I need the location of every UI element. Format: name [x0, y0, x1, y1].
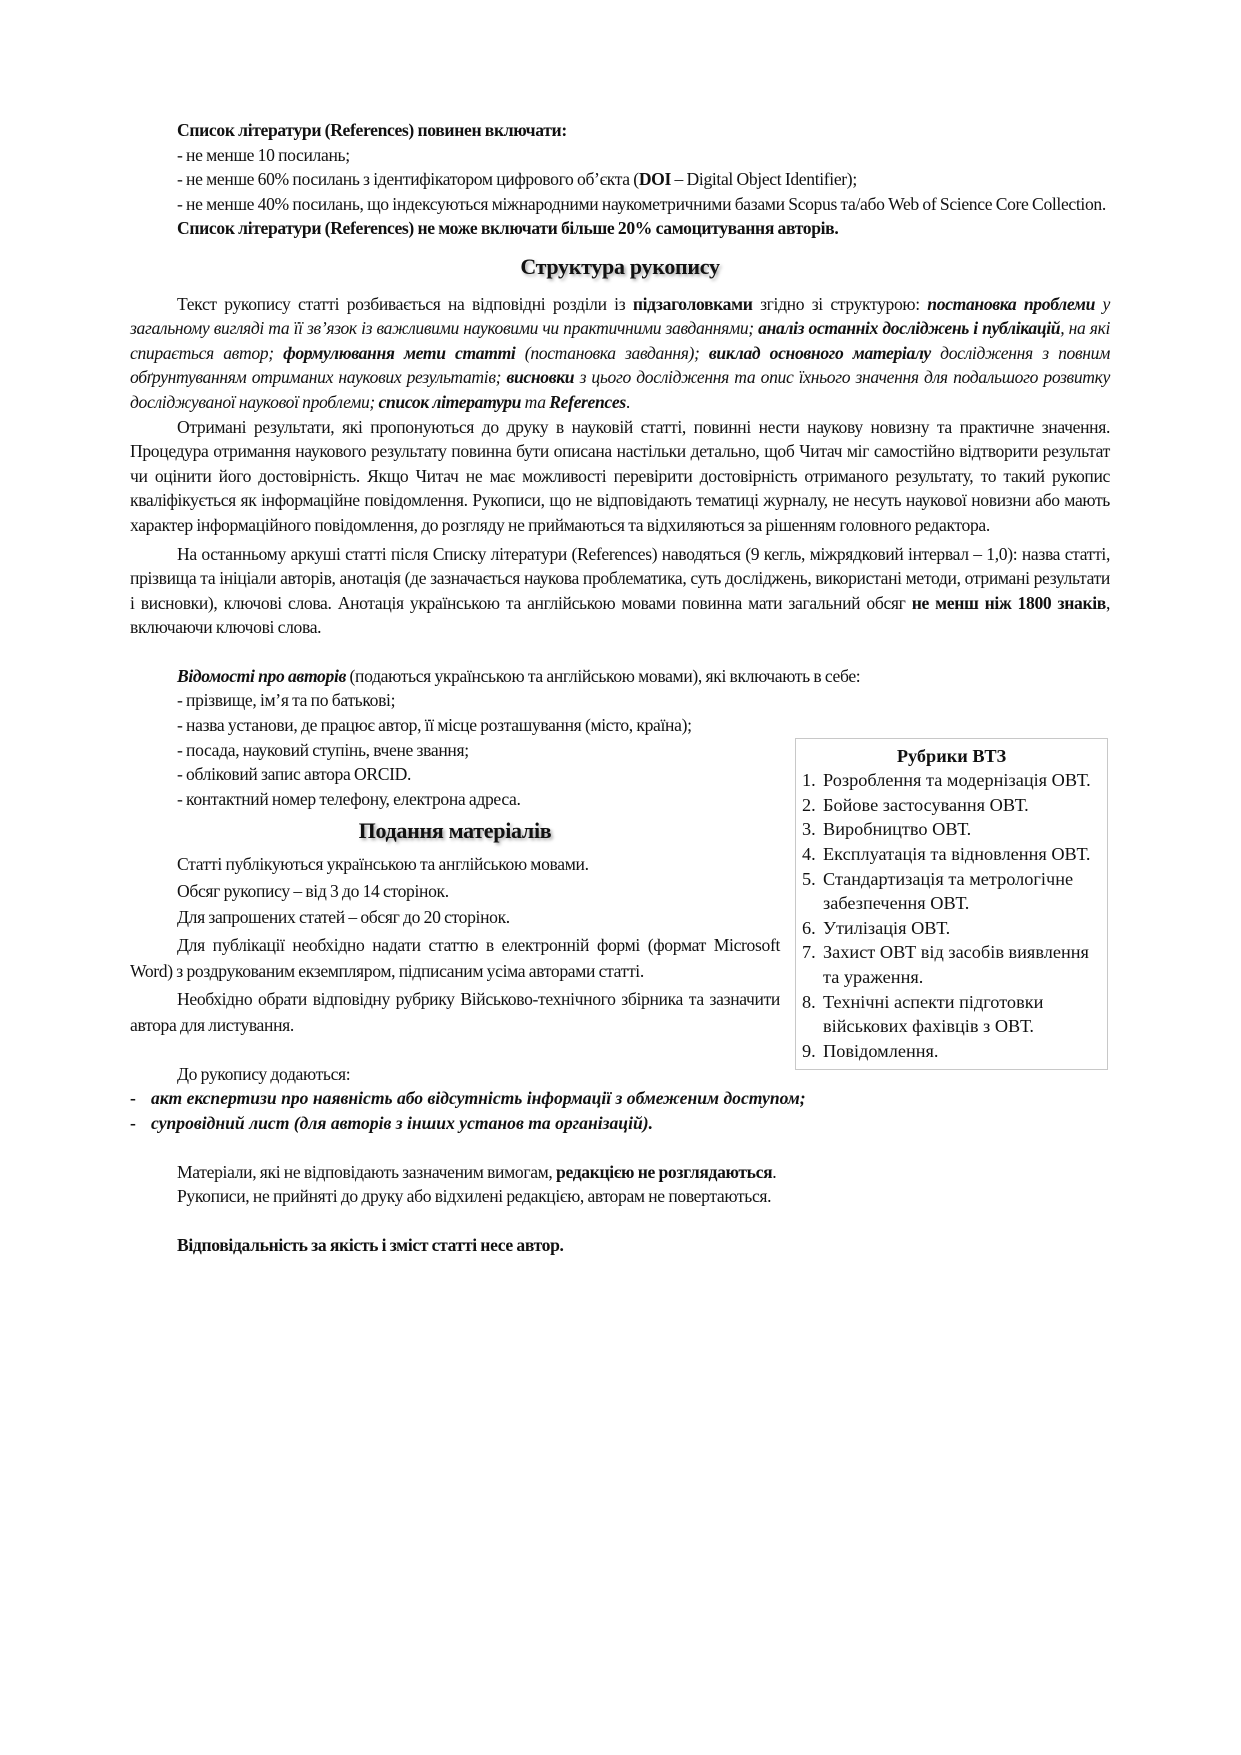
- two-column-section: - посада, науковий ступінь, вчене звання…: [130, 738, 1110, 1038]
- rubric-item: 6.Утилізація ОВТ.: [802, 916, 1101, 941]
- attachment-item: -супровідний лист (для авторів з інших у…: [130, 1111, 1110, 1136]
- authors-item: - назва установи, де працює автор, її мі…: [130, 713, 1110, 738]
- results-paragraph: Отримані результати, які пропонуються до…: [130, 415, 1110, 538]
- submission-paragraph: Обсяг рукопису – від 3 до 14 сторінок.: [130, 879, 780, 904]
- requirements-notice: Матеріали, які не відповідають зазначени…: [130, 1160, 1110, 1185]
- submission-paragraph: Статті публікуються українською та англі…: [130, 852, 780, 877]
- structure-paragraph: Текст рукопису статті розбивається на ві…: [130, 292, 1110, 415]
- rubrics-box: Рубрики ВТЗ 1.Розроблення та модернізаці…: [795, 738, 1108, 1071]
- authors-title: Відомості про авторів (подаються українс…: [130, 664, 1110, 689]
- rubric-item: 8.Технічні аспекти підготовки військових…: [802, 990, 1101, 1039]
- references-doi-item: - не менше 60% посилань з ідентифікаторо…: [130, 167, 1110, 192]
- submission-paragraph: Для запрошених статей – обсяг до 20 стор…: [130, 905, 780, 930]
- submission-paragraph: Необхідно обрати відповідну рубрику Війс…: [130, 986, 780, 1038]
- not-returned-notice: Рукописи, не прийняті до друку або відхи…: [130, 1184, 1110, 1209]
- responsibility-note: Відповідальність за якість і зміст статт…: [130, 1233, 1110, 1258]
- left-column: - посада, науковий ступінь, вчене звання…: [130, 738, 780, 1038]
- rubric-item: 1.Розроблення та модернізація ОВТ.: [802, 768, 1101, 793]
- submission-paragraph: Для публікації необхідно надати статтю в…: [130, 932, 780, 984]
- authors-item: - посада, науковий ступінь, вчене звання…: [130, 738, 780, 763]
- structure-heading: Структура рукопису: [130, 255, 1110, 280]
- rubric-item: 4.Експлуатація та відновлення ОВТ.: [802, 842, 1101, 867]
- submission-heading: Подання матеріалів: [130, 819, 780, 844]
- references-item: - не менше 40% посилань, що індексуються…: [130, 192, 1110, 217]
- rubric-item: 3.Виробництво ОВТ.: [802, 817, 1101, 842]
- authors-item: - контактний номер телефону, електрона а…: [130, 787, 780, 812]
- self-citation-note: Список літератури (References) не може в…: [130, 216, 1110, 241]
- references-item: - не менше 10 посилань;: [130, 143, 1110, 168]
- rubric-item: 5.Стандартизація та метрологічне забезпе…: [802, 867, 1101, 916]
- rubrics-title: Рубрики ВТЗ: [802, 744, 1101, 769]
- document-page: Список літератури (References) повинен в…: [130, 118, 1110, 1257]
- rubric-item: 2.Бойове застосування ОВТ.: [802, 793, 1101, 818]
- rubrics-list: 1.Розроблення та модернізація ОВТ. 2.Бой…: [802, 768, 1101, 1063]
- references-title: Список літератури (References) повинен в…: [130, 118, 1110, 143]
- last-sheet-paragraph: На останньому аркуші статті після Списку…: [130, 542, 1110, 640]
- authors-item: - обліковий запис автора ORCID.: [130, 762, 780, 787]
- rubric-item: 9.Повідомлення.: [802, 1039, 1101, 1064]
- authors-item: - прізвище, ім’я та по батькові;: [130, 688, 1110, 713]
- rubric-item: 7.Захист ОВТ від засобів виявлення та ур…: [802, 940, 1101, 989]
- attachment-item: -акт експертизи про наявність або відсут…: [130, 1086, 1110, 1111]
